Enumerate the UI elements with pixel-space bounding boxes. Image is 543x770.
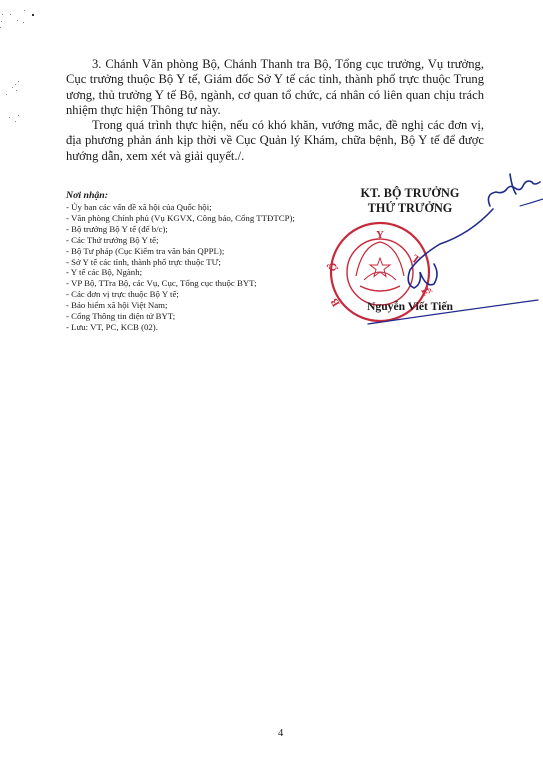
scan-speck [6, 94, 7, 95]
paragraph-feedback: Trong quá trình thực hiện, nếu có khó kh… [66, 118, 484, 164]
scan-speck [0, 27, 1, 28]
scan-speck [2, 14, 3, 15]
scan-speck [9, 117, 10, 118]
scan-speck [23, 22, 24, 23]
signer-name: Nguyễn Viết Tiến [330, 300, 490, 313]
scan-speck [1, 21, 2, 22]
scan-speck [18, 81, 19, 82]
paragraph-responsibility: 3. Chánh Văn phòng Bộ, Chánh Thanh tra B… [66, 57, 484, 118]
svg-text:Ế: Ế [418, 286, 433, 298]
recipient-item: - Bảo hiểm xã hội Việt Nam; [66, 300, 316, 311]
recipients-block: Nơi nhận: - Ủy ban các vấn đề xã hội của… [66, 190, 316, 333]
scan-speck [17, 20, 18, 21]
scan-speck [15, 84, 16, 85]
recipient-item: - Các Thứ trưởng Bộ Y tế; [66, 235, 316, 246]
page-number: 4 [278, 728, 283, 739]
scan-speck [12, 87, 13, 88]
signature-title-line2: THỨ TRƯỞNG [330, 201, 490, 216]
scan-speck [15, 121, 16, 122]
recipient-item: - Bộ trưởng Bộ Y tế (để b/c); [66, 224, 316, 235]
svg-text:Y: Y [376, 229, 384, 241]
scan-speck [16, 90, 17, 91]
scan-speck [18, 115, 19, 116]
recipient-item: - Y tế các Bộ, Ngành; [66, 267, 316, 278]
signature-block: Y T Ế Ộ B KT. BỘ TRƯỞNG THỨ TRƯỞNG Nguyễ… [330, 186, 530, 336]
recipient-item: - VP Bộ, TTra Bộ, các Vụ, Cục, Tổng cục … [66, 278, 316, 289]
scan-speck [32, 14, 34, 16]
svg-text:T: T [409, 253, 422, 267]
scan-speck [24, 10, 25, 11]
scan-speck [10, 14, 11, 15]
recipient-item: - Cổng Thông tin điện tử BYT; [66, 311, 316, 322]
recipient-item: - Văn phòng Chính phủ (Vụ KGVX, Công báo… [66, 213, 316, 224]
recipient-item: - Sở Y tế các tỉnh, thành phố trực thuộc… [66, 257, 316, 268]
recipient-item: - Bộ Tư pháp (Cục Kiểm tra văn bản QPPL)… [66, 246, 316, 257]
recipient-item: - Lưu: VT, PC, KCB (02). [66, 322, 316, 333]
recipient-item: - Ủy ban các vấn đề xã hội của Quốc hội; [66, 202, 316, 213]
recipients-title: Nơi nhận: [66, 190, 316, 202]
signature-title-line1: KT. BỘ TRƯỞNG [330, 186, 490, 201]
recipient-item: - Các đơn vị trực thuộc Bộ Y tế; [66, 289, 316, 300]
